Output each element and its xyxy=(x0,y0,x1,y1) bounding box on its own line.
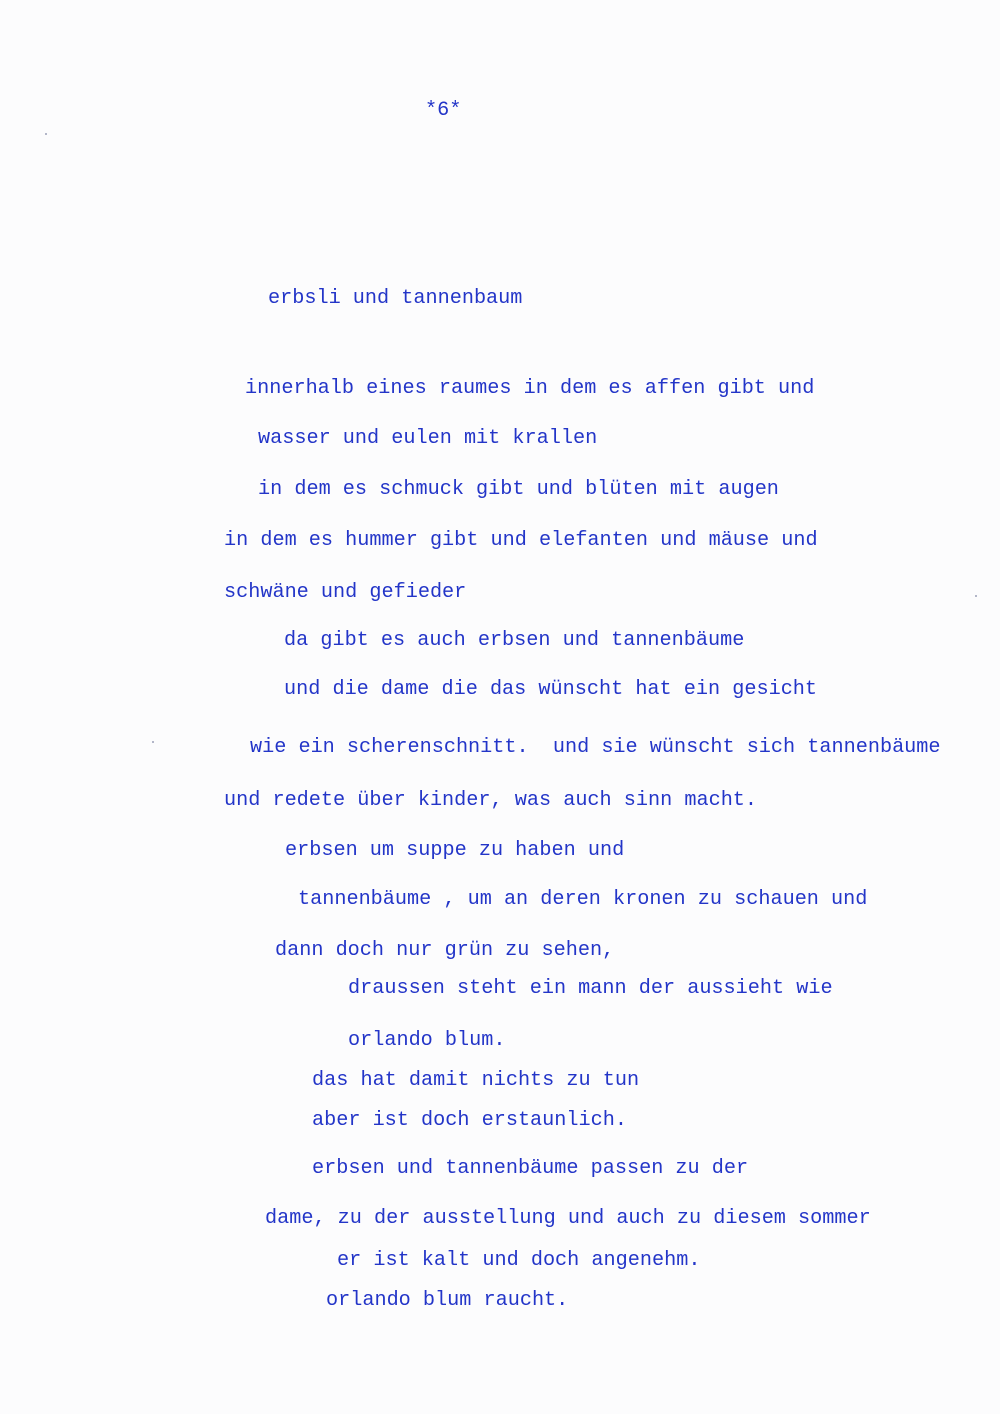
poem-line: und die dame die das wünscht hat ein ges… xyxy=(284,678,817,702)
poem-line: wasser und eulen mit krallen xyxy=(258,427,597,451)
poem-line: wie ein scherenschnitt. und sie wünscht … xyxy=(250,736,941,760)
paper-speck xyxy=(975,595,977,597)
poem-line: schwäne und gefieder xyxy=(224,581,466,605)
poem-line: da gibt es auch erbsen und tannenbäume xyxy=(284,629,744,653)
poem-line: er ist kalt und doch angenehm. xyxy=(337,1249,700,1273)
poem-line: tannenbäume , um an deren kronen zu scha… xyxy=(298,888,867,912)
poem-line: in dem es schmuck gibt und blüten mit au… xyxy=(258,478,779,502)
poem-title: erbsli und tannenbaum xyxy=(268,287,522,311)
poem-line: innerhalb eines raumes in dem es affen g… xyxy=(245,377,814,401)
paper-speck xyxy=(152,741,154,743)
poem-line: in dem es hummer gibt und elefanten und … xyxy=(224,529,818,553)
poem-line: draussen steht ein mann der aussieht wie xyxy=(348,977,833,1001)
poem-line: das hat damit nichts zu tun xyxy=(312,1069,639,1093)
poem-line: und redete über kinder, was auch sinn ma… xyxy=(224,789,757,813)
poem-line: orlando blum. xyxy=(348,1029,506,1053)
poem-line: erbsen und tannenbäume passen zu der xyxy=(312,1157,748,1181)
poem-line: dann doch nur grün zu sehen, xyxy=(275,939,614,963)
poem-line: aber ist doch erstaunlich. xyxy=(312,1109,627,1133)
poem-line: erbsen um suppe zu haben und xyxy=(285,839,624,863)
typewritten-page: *6* erbsli und tannenbaum innerhalb eine… xyxy=(0,0,1000,1414)
page-number: *6* xyxy=(425,99,461,123)
poem-line: orlando blum raucht. xyxy=(326,1289,568,1313)
poem-line: dame, zu der ausstellung und auch zu die… xyxy=(265,1207,871,1231)
paper-speck xyxy=(45,133,47,135)
